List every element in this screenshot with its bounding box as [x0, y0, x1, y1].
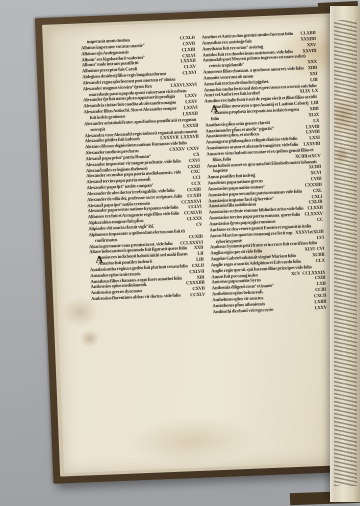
entry-folio-ref: CC [317, 218, 323, 224]
index-column-right: Amelius et Amicus duo gemini similes fue… [202, 31, 332, 433]
entry-folio-ref: CLX [316, 259, 325, 265]
leather-binding-board: imperauit annis duobus CCXLIIAlbinus imp… [35, 6, 353, 484]
entry-folio-ref: CXXXV [169, 147, 185, 153]
curled-next-leaf [330, 6, 360, 502]
book-photograph: imperauit annis duobus CCXLIIAlbinus imp… [0, 0, 360, 506]
index-column-left: imperauit annis duobus CCXLIIAlbinus imp… [81, 36, 211, 438]
curled-text-lines [334, 20, 357, 486]
entry-text: Anthiochi dicebant̄ vel reges syrie [213, 308, 274, 315]
entry-folio-ref: LXXV [314, 305, 326, 311]
entry-folio-ref: CV [196, 223, 202, 229]
index-page: imperauit annis duobus CCXLIIAlbinus imp… [46, 16, 346, 473]
entry-folio-ref: CLXVI [182, 71, 196, 77]
index-text-block: imperauit annis duobus CCXLIIAlbinus imp… [81, 31, 333, 438]
entry-folio-ref: CCXLV [190, 293, 205, 299]
entry-folio-ref: LVI [317, 235, 324, 241]
entry-folio-ref: XCV [291, 271, 300, 277]
